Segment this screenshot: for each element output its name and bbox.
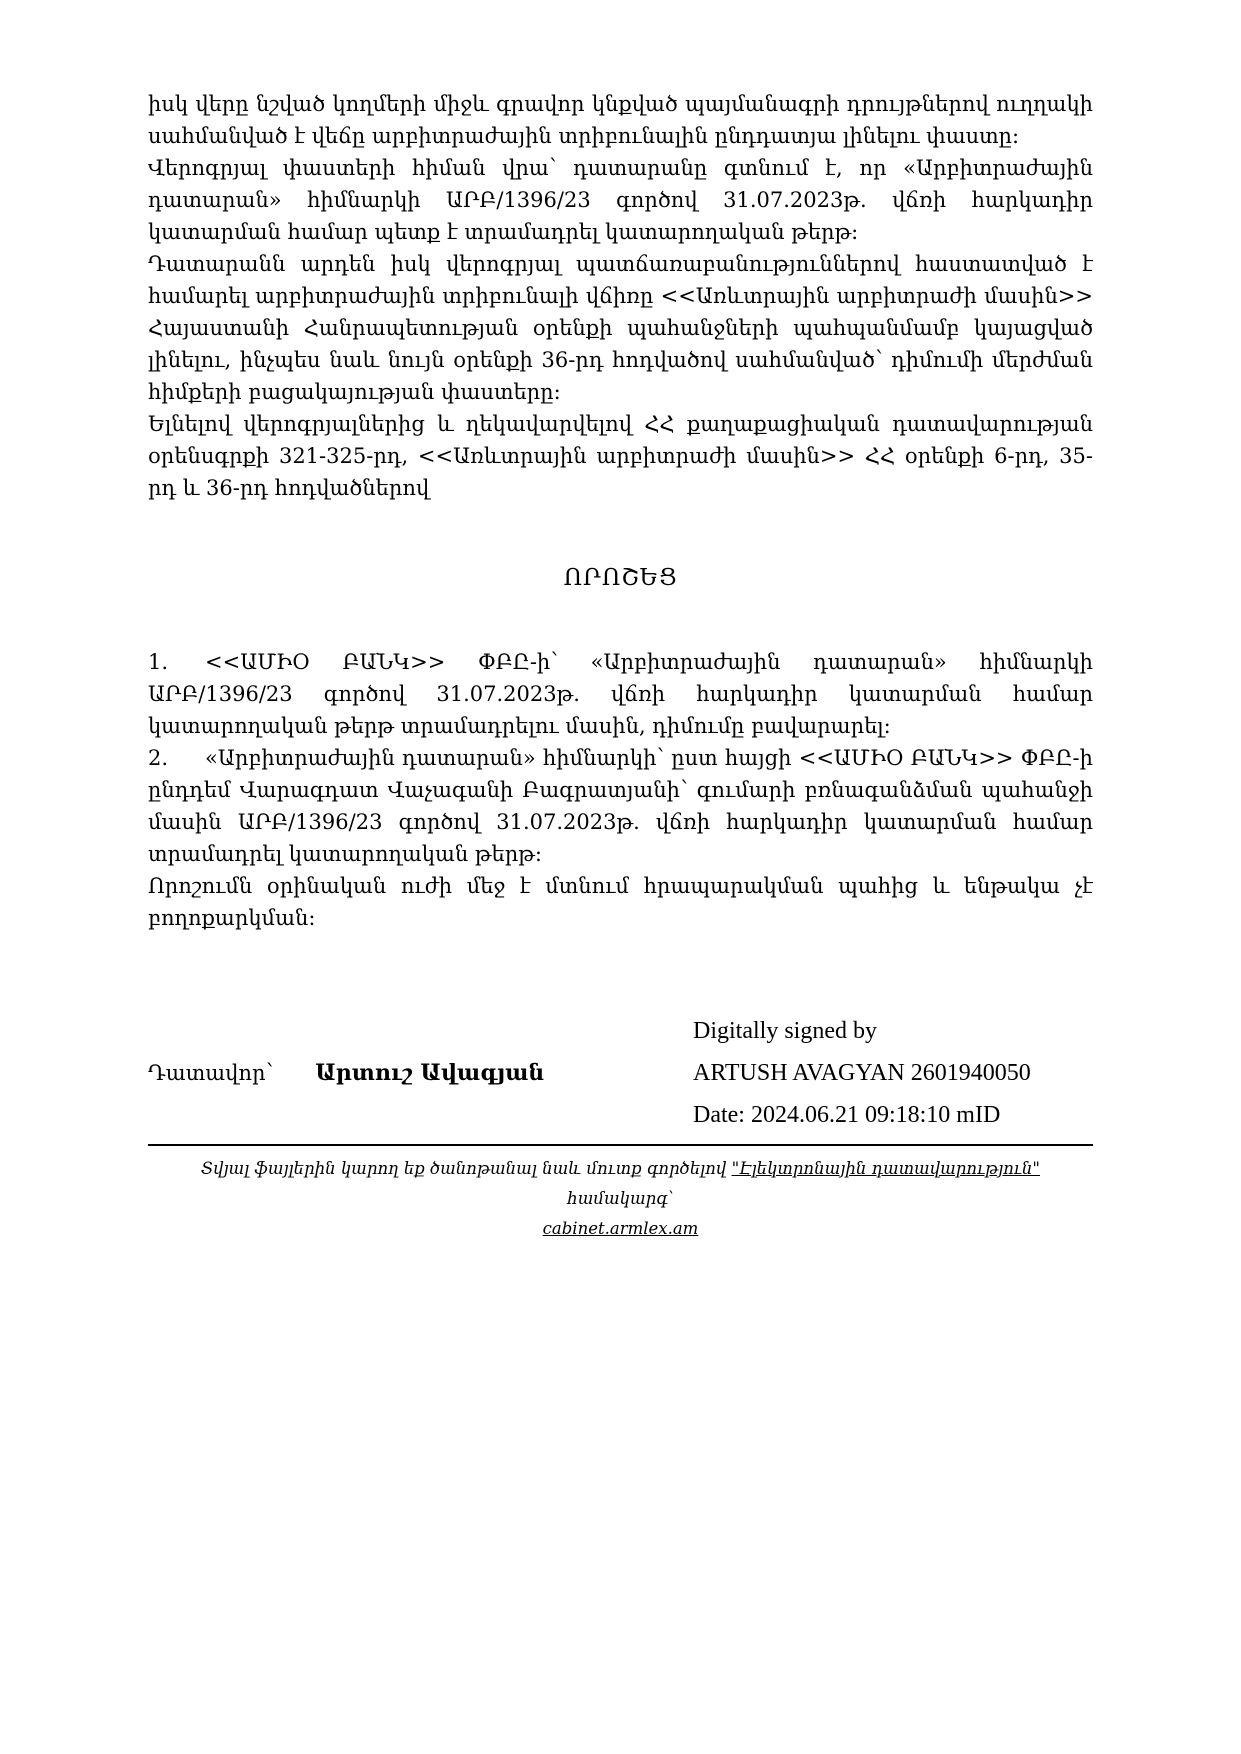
- footer-text-line: Տվյալ ֆայլերին կարող եք ծանոթանալ նաև մո…: [148, 1154, 1093, 1214]
- footer-text-pre: Տվյալ ֆայլերին կարող եք ծանոթանալ նաև մո…: [201, 1159, 732, 1178]
- item-text: <<ԱՄԻՕ ԲԱՆԿ>> ՓԲԸ-ի՝ «Արբիտրաժային դատար…: [148, 650, 1093, 738]
- decision-items: 1.<<ԱՄԻՕ ԲԱՆԿ>> ՓԲԸ-ի՝ «Արբիտրաժային դատ…: [148, 646, 1093, 934]
- decision-item-1: 1.<<ԱՄԻՕ ԲԱՆԿ>> ՓԲԸ-ի՝ «Արբիտրաժային դատ…: [148, 646, 1093, 742]
- digital-signature-line2: ARTUSH AVAGYAN 2601940050: [693, 1052, 1093, 1094]
- judge-label: Դատավոր՝: [148, 1061, 273, 1085]
- judge-name: Արտուշ Ավագյան: [315, 1060, 544, 1086]
- paragraph-court-finding: Վերոգրյալ փաստերի հիման վրա՝ դատարանը գտ…: [148, 152, 1093, 248]
- decision-closing-note: Որոշումն օրինական ուժի մեջ է մտնում հրապ…: [148, 870, 1093, 934]
- paragraph-contract-clause: իսկ վերը նշված կողմերի միջև գրավոր կնքվա…: [148, 88, 1093, 152]
- decision-item-2: 2.«Արբիտրաժային դատարան» հիմնարկի՝ ըստ հ…: [148, 742, 1093, 870]
- footer-note: Տվյալ ֆայլերին կարող եք ծանոթանալ նաև մո…: [148, 1154, 1093, 1244]
- digital-signature-line1: Digitally signed by: [693, 1010, 1093, 1052]
- digital-signature-line3: Date: 2024.06.21 09:18:10 mID: [693, 1094, 1093, 1136]
- e-justice-system-link[interactable]: "Էլեկտրոնային դատավարություն": [732, 1159, 1040, 1178]
- signature-row: Դատավոր՝ Արտուշ Ավագյան Digitally signed…: [148, 1010, 1093, 1136]
- cabinet-armlex-link[interactable]: cabinet.armlex.am: [543, 1219, 699, 1238]
- document-content: իսկ վերը նշված կողմերի միջև գրավոր կնքվա…: [148, 88, 1093, 1244]
- paragraph-arbitration-award: Դատարանն արդեն իսկ վերոգրյալ պատճառաբանո…: [148, 248, 1093, 408]
- paragraph-legal-basis: Ելնելով վերոգրյալներից և ղեկավարվելով ՀՀ…: [148, 408, 1093, 504]
- item-number: 2.: [148, 742, 205, 774]
- item-number: 1.: [148, 646, 205, 678]
- court-decision-document: իսկ վերը նշված կողմերի միջև գրավոր կնքվա…: [0, 0, 1241, 1754]
- decision-heading: ՈՐՈՇԵՑ: [148, 562, 1093, 594]
- footer-divider: [148, 1144, 1093, 1146]
- item-text: «Արբիտրաժային դատարան» հիմնարկի՝ ըստ հայ…: [148, 746, 1093, 866]
- footer-text-post: համակարգ՝: [567, 1189, 674, 1208]
- digital-signature-block: Digitally signed by ARTUSH AVAGYAN 26019…: [693, 1010, 1093, 1136]
- reasoning-section: իսկ վերը նշված կողմերի միջև գրավոր կնքվա…: [148, 88, 1093, 504]
- footer-url-line: cabinet.armlex.am: [148, 1214, 1093, 1244]
